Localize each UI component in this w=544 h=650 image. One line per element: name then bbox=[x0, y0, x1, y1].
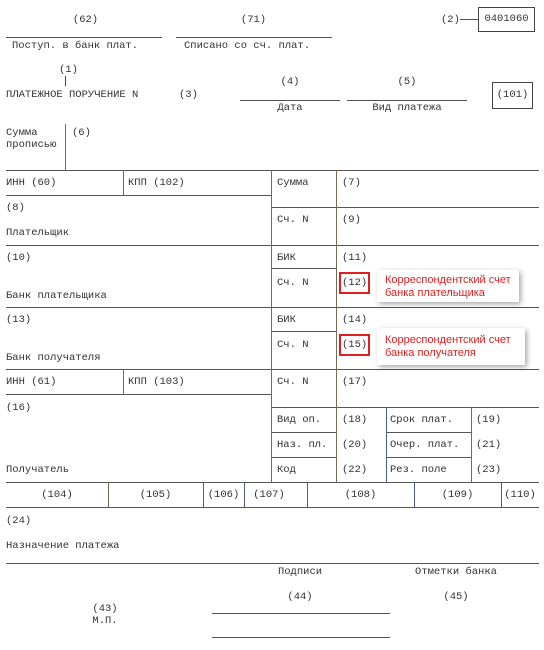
field-11[interactable]: (11) bbox=[342, 252, 367, 264]
field-16[interactable]: (16) bbox=[6, 402, 31, 414]
field-2: (2) bbox=[441, 14, 460, 26]
date-line[interactable] bbox=[240, 100, 340, 101]
grid-vline bbox=[123, 369, 124, 394]
field-8[interactable]: (8) bbox=[6, 202, 25, 214]
grid-vline bbox=[123, 170, 124, 195]
grid-line bbox=[271, 331, 336, 332]
sum-label: Сумма bbox=[277, 177, 309, 189]
grid-line bbox=[6, 507, 539, 508]
grid-vline bbox=[386, 407, 387, 482]
payment-type-line[interactable] bbox=[347, 100, 467, 101]
date-label: Дата bbox=[240, 102, 340, 114]
signature-line-1[interactable] bbox=[212, 613, 390, 614]
op-type-label: Вид оп. bbox=[277, 414, 321, 426]
grid-line bbox=[271, 207, 336, 208]
grid-line bbox=[271, 407, 539, 408]
callout-line-2: банка плательщика bbox=[385, 287, 511, 300]
grid-line bbox=[6, 394, 271, 395]
field-18[interactable]: (18) bbox=[342, 414, 367, 426]
field-23[interactable]: (23) bbox=[476, 464, 501, 476]
grid-line bbox=[271, 268, 336, 269]
payer-inn[interactable]: ИНН (60) bbox=[6, 177, 56, 189]
field-62: (62) bbox=[8, 14, 163, 26]
payee-bank-account-label: Сч. N bbox=[277, 339, 309, 351]
grid-line bbox=[386, 432, 471, 433]
field-43: (43) bbox=[70, 603, 140, 615]
field-21[interactable]: (21) bbox=[476, 439, 501, 451]
grid-line bbox=[386, 457, 471, 458]
signatures-label: Подписи bbox=[210, 566, 390, 578]
debited-label: Списано со сч. плат. bbox=[184, 40, 310, 52]
payee-bank-label: Банк получателя bbox=[6, 352, 101, 364]
priority-label: Очер. плат. bbox=[390, 439, 459, 451]
document-title: ПЛАТЕЖНОЕ ПОРУЧЕНИЕ N bbox=[6, 89, 138, 101]
field-20[interactable]: (20) bbox=[342, 439, 367, 451]
field-6[interactable]: (6) bbox=[72, 127, 91, 139]
field-7[interactable]: (7) bbox=[342, 177, 361, 189]
stamp-label: М.П. bbox=[70, 615, 140, 627]
grid-line bbox=[6, 245, 539, 246]
purpose-bottom-line bbox=[6, 563, 539, 564]
field-4: (4) bbox=[240, 76, 340, 88]
grid-vline bbox=[271, 170, 272, 482]
grid-vline bbox=[336, 170, 337, 482]
grid-line bbox=[271, 432, 336, 433]
amount-words-divider bbox=[65, 124, 66, 170]
field-5: (5) bbox=[347, 76, 467, 88]
payer-bik-label: БИК bbox=[277, 252, 296, 264]
callout-line-1: Корреспондентский счет bbox=[385, 334, 517, 347]
field-22[interactable]: (22) bbox=[342, 464, 367, 476]
grid-line bbox=[6, 482, 539, 483]
field-17[interactable]: (17) bbox=[342, 376, 367, 388]
field-101: (101) bbox=[493, 89, 532, 101]
callout-line-2: банка получателя bbox=[385, 347, 517, 360]
form-code: 0401060 bbox=[479, 13, 534, 25]
payee-inn[interactable]: ИНН (61) bbox=[6, 376, 56, 388]
callout-payee-bank-corr-account: Корреспондентский счет банка получателя bbox=[377, 328, 525, 365]
grid-line bbox=[271, 457, 336, 458]
amount-words-label-2: прописью bbox=[6, 139, 56, 151]
grid-line bbox=[6, 369, 539, 370]
bank-marks-label: Отметки банка bbox=[390, 566, 522, 578]
grid-vline bbox=[471, 407, 472, 482]
received-label: Поступ. в банк плат. bbox=[12, 40, 138, 52]
field-2-connector bbox=[460, 19, 478, 20]
field-104[interactable]: (104) bbox=[6, 489, 108, 501]
form-code-box[interactable]: 0401060 bbox=[478, 7, 535, 32]
purpose-label: Назначение платежа bbox=[6, 540, 119, 552]
field-15[interactable]: (15) bbox=[342, 339, 367, 351]
payer-bank-label: Банк плательщика bbox=[6, 290, 107, 302]
payee-label: Получатель bbox=[6, 464, 69, 476]
field-3[interactable]: (3) bbox=[179, 89, 198, 101]
field-13[interactable]: (13) bbox=[6, 314, 31, 326]
field-9[interactable]: (9) bbox=[342, 214, 361, 226]
payer-account-label: Сч. N bbox=[277, 214, 309, 226]
payer-label: Плательщик bbox=[6, 227, 69, 239]
grid-line bbox=[6, 195, 271, 196]
payee-kpp[interactable]: КПП (103) bbox=[128, 376, 185, 388]
field-10[interactable]: (10) bbox=[6, 252, 31, 264]
field-44: (44) bbox=[210, 591, 390, 603]
amount-words-label-1: Сумма bbox=[6, 127, 38, 139]
received-line bbox=[6, 37, 162, 38]
field-101-box[interactable]: (101) bbox=[492, 82, 533, 109]
field-45[interactable]: (45) bbox=[390, 591, 522, 603]
field-106[interactable]: (106) bbox=[203, 489, 244, 501]
field-71: (71) bbox=[176, 14, 331, 26]
field-12[interactable]: (12) bbox=[342, 277, 367, 289]
purpose-code-label: Наз. пл. bbox=[277, 439, 327, 451]
field-108[interactable]: (108) bbox=[307, 489, 414, 501]
field-107[interactable]: (107) bbox=[244, 489, 294, 501]
field-24[interactable]: (24) bbox=[6, 515, 31, 527]
field-105[interactable]: (105) bbox=[108, 489, 203, 501]
payment-type-label: Вид платежа bbox=[347, 102, 467, 114]
field-1: (1) bbox=[59, 64, 78, 76]
field-110[interactable]: (110) bbox=[501, 489, 539, 501]
reserve-label: Рез. поле bbox=[390, 464, 447, 476]
grid-line bbox=[336, 207, 539, 208]
callout-payer-bank-corr-account: Корреспондентский счет банка плательщика bbox=[377, 270, 519, 302]
grid-line bbox=[6, 307, 539, 308]
payer-bank-account-label: Сч. N bbox=[277, 277, 309, 289]
payee-bik-label: БИК bbox=[277, 314, 296, 326]
field-19[interactable]: (19) bbox=[476, 414, 501, 426]
field-14[interactable]: (14) bbox=[342, 314, 367, 326]
payer-kpp[interactable]: КПП (102) bbox=[128, 177, 185, 189]
grid-line bbox=[6, 170, 539, 171]
debited-line bbox=[176, 37, 332, 38]
field-109[interactable]: (109) bbox=[414, 489, 501, 501]
field-1-connector bbox=[65, 76, 66, 86]
payee-account-label: Сч. N bbox=[277, 376, 309, 388]
code-label: Код bbox=[277, 464, 296, 476]
signature-line-2[interactable] bbox=[212, 637, 390, 638]
due-label: Срок плат. bbox=[390, 414, 453, 426]
callout-line-1: Корреспондентский счет bbox=[385, 274, 511, 287]
